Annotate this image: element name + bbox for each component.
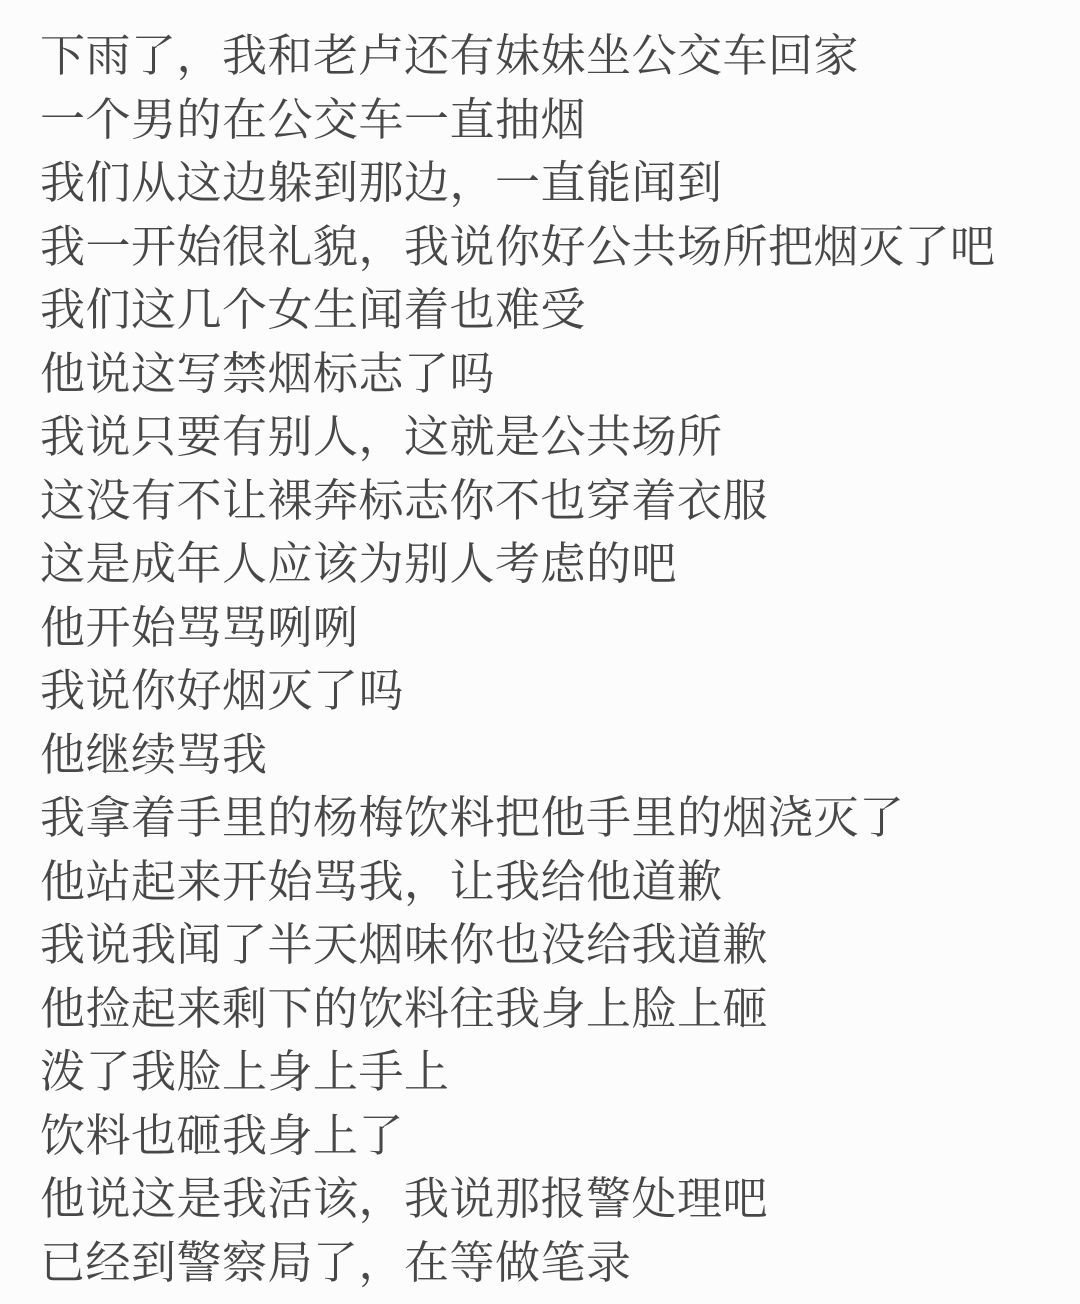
text-line-5: 我们这几个女生闻着也难受: [40, 278, 1060, 342]
text-line-13: 我拿着手里的杨梅饮料把他手里的烟浇灭了: [40, 786, 1060, 850]
text-line-9: 这是成年人应该为别人考虑的吧: [40, 532, 1060, 596]
text-line-19: 他说这是我活该，我说那报警处理吧: [40, 1167, 1060, 1231]
text-line-2: 一个男的在公交车一直抽烟: [40, 88, 1060, 152]
text-line-7: 我说只要有别人，这就是公共场所: [40, 405, 1060, 469]
text-line-18: 饮料也砸我身上了: [40, 1104, 1060, 1168]
text-line-20: 已经到警察局了，在等做笔录: [40, 1231, 1060, 1295]
text-line-6: 他说这写禁烟标志了吗: [40, 342, 1060, 406]
text-line-1: 下雨了，我和老卢还有妹妹坐公交车回家: [40, 24, 1060, 88]
text-line-10: 他开始骂骂咧咧: [40, 596, 1060, 660]
text-line-3: 我们从这边躲到那边，一直能闻到: [40, 151, 1060, 215]
text-line-8: 这没有不让裸奔标志你不也穿着衣服: [40, 469, 1060, 533]
text-line-11: 我说你好烟灭了吗: [40, 659, 1060, 723]
text-line-15: 我说我闻了半天烟味你也没给我道歉: [40, 913, 1060, 977]
text-line-12: 他继续骂我: [40, 723, 1060, 787]
text-line-4: 我一开始很礼貌，我说你好公共场所把烟灭了吧: [40, 215, 1060, 279]
text-line-17: 泼了我脸上身上手上: [40, 1040, 1060, 1104]
text-line-14: 他站起来开始骂我，让我给他道歉: [40, 850, 1060, 914]
text-line-16: 他捡起来剩下的饮料往我身上脸上砸: [40, 977, 1060, 1041]
post-text-body: 下雨了，我和老卢还有妹妹坐公交车回家 一个男的在公交车一直抽烟 我们从这边躲到那…: [0, 0, 1080, 1294]
